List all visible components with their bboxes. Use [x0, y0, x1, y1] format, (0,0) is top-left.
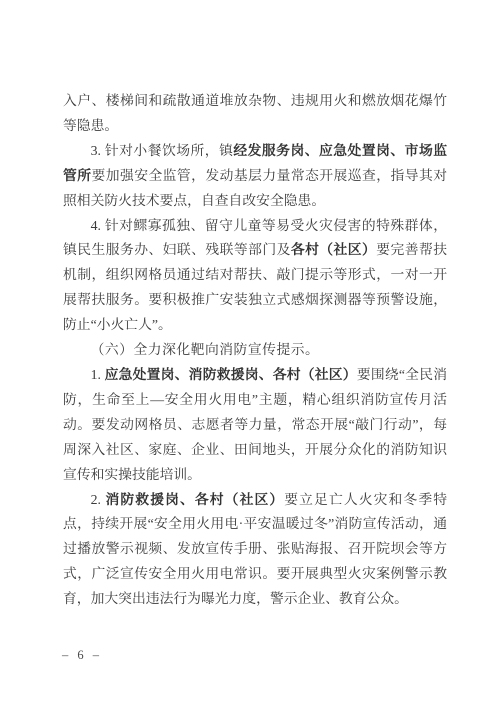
- text-run: 2.: [91, 492, 106, 507]
- text-run: 要立足亡人火灾和冬季特点，持续开展“安全用火用电·平安温暖过冬”消防宣传活动，通…: [63, 492, 447, 607]
- document-page: 入户、楼梯间和疏散通道堆放杂物、违规用火和燃放烟花爆竹等隐患。3. 针对小餐饮场…: [0, 0, 500, 708]
- text-run: （六）全力深化靶向消防宣传提示。: [91, 342, 320, 357]
- bold-text-run: 应急处置岗、消防救援岗、各村（社区）: [105, 367, 357, 382]
- paragraph: 2. 消防救援岗、各村（社区）要立足亡人火灾和冬季特点，持续开展“安全用火用电·…: [63, 488, 447, 613]
- paragraph: 3. 针对小餐饮场所，镇经发服务岗、应急处置岗、市场监管所要加强安全监管，发动基…: [63, 139, 447, 214]
- text-run: 要加强安全监管，发动基层力量常态开展巡查，指导其对照相关防火技术要点，自查自改安…: [63, 168, 447, 208]
- bold-text-run: 各村（社区）: [291, 242, 376, 257]
- section-heading: （六）全力深化靶向消防宣传提示。: [63, 338, 447, 363]
- text-run: 要围绕“全民消防，生命至上—安全用火用电”主题，精心组织消防宣传月活动。要发动网…: [63, 367, 447, 482]
- text-run: 3. 针对小餐饮场所，镇: [91, 143, 234, 158]
- paragraph: 入户、楼梯间和疏散通道堆放杂物、违规用火和燃放烟花爆竹等隐患。: [63, 89, 447, 139]
- page-number: – 6 –: [62, 648, 102, 663]
- document-body: 入户、楼梯间和疏散通道堆放杂物、违规用火和燃放烟花爆竹等隐患。3. 针对小餐饮场…: [63, 89, 447, 612]
- text-run: 入户、楼梯间和疏散通道堆放杂物、违规用火和燃放烟花爆竹等隐患。: [63, 93, 447, 133]
- paragraph: 4. 针对鳏寡孤独、留守儿童等易受火灾侵害的特殊群体，镇民生服务办、妇联、残联等…: [63, 214, 447, 339]
- bold-text-run: 消防救援岗、各村（社区）: [106, 492, 285, 507]
- paragraph: 1. 应急处置岗、消防救援岗、各村（社区）要围绕“全民消防，生命至上—安全用火用…: [63, 363, 447, 488]
- text-run: 1.: [91, 367, 105, 382]
